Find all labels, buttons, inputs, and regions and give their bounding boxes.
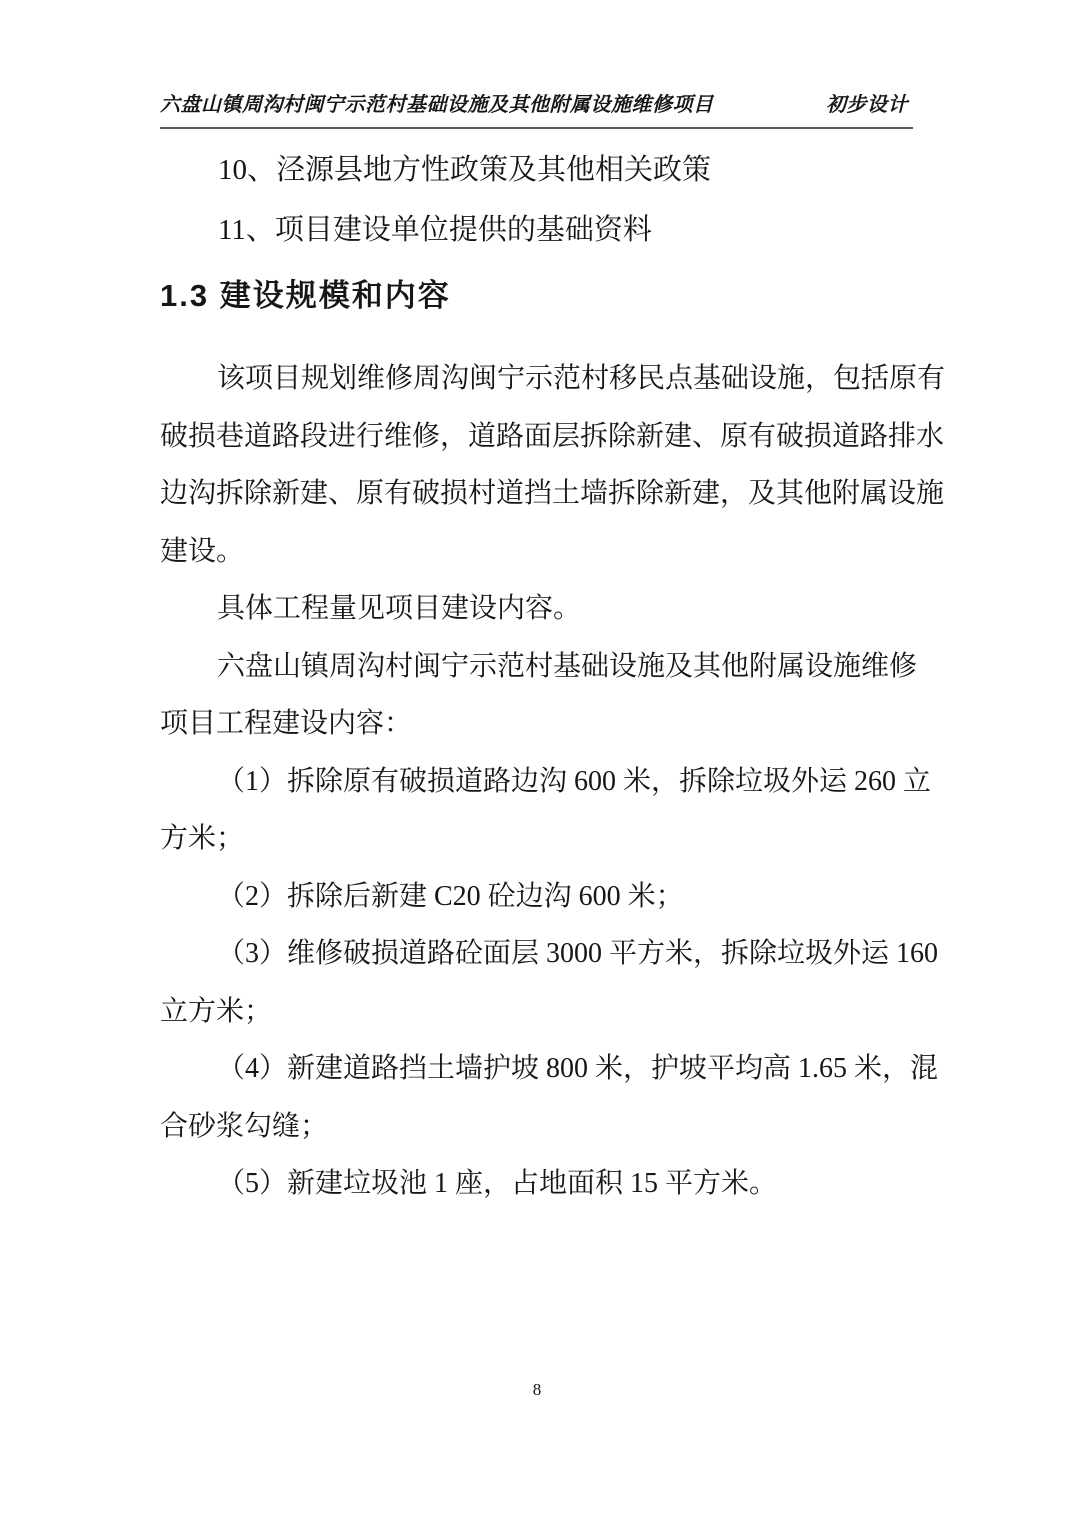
list-item-line: 方米； bbox=[160, 810, 913, 868]
header-project-title: 六盘山镇周沟村闽宁示范村基础设施及其他附属设施维修项目 bbox=[160, 88, 714, 117]
paragraph-line: 具体工程量见项目建设内容。 bbox=[160, 580, 913, 638]
list-item-line: （1）拆除原有破损道路边沟 600 米，拆除垃圾外运 260 立 bbox=[160, 753, 913, 811]
page-number: 8 bbox=[533, 1380, 542, 1399]
list-item-line: （5）新建垃圾池 1 座，占地面积 15 平方米。 bbox=[160, 1155, 913, 1213]
reference-item-11: 11、项目建设单位提供的基础资料 bbox=[160, 200, 913, 260]
page-header: 六盘山镇周沟村闽宁示范村基础设施及其他附属设施维修项目 初步设计 bbox=[160, 88, 908, 117]
reference-item-10: 10、泾源县地方性政策及其他相关政策 bbox=[160, 140, 913, 200]
paragraph-line: 该项目规划维修周沟闽宁示范村移民点基础设施，包括原有 bbox=[160, 350, 913, 408]
section-heading: 1.3 建设规模和内容 bbox=[160, 277, 913, 315]
list-item-line: （4）新建道路挡土墙护坡 800 米，护坡平均高 1.65 米，混 bbox=[160, 1040, 913, 1098]
paragraph-line: 建设。 bbox=[160, 523, 913, 581]
header-doc-type: 初步设计 bbox=[826, 88, 908, 117]
list-item-line: 立方米； bbox=[160, 983, 913, 1041]
paragraph-line: 六盘山镇周沟村闽宁示范村基础设施及其他附属设施维修 bbox=[160, 638, 913, 696]
page-footer: 8 bbox=[0, 1378, 1074, 1402]
paragraph-line: 项目工程建设内容： bbox=[160, 695, 913, 753]
document-page: 六盘山镇周沟村闽宁示范村基础设施及其他附属设施维修项目 初步设计 10、泾源县地… bbox=[0, 0, 1074, 1520]
list-item-line: （2）拆除后新建 C20 砼边沟 600 米； bbox=[160, 868, 913, 926]
paragraph-line: 破损巷道路段进行维修，道路面层拆除新建、原有破损道路排水 bbox=[160, 408, 913, 466]
list-item-line: 合砂浆勾缝； bbox=[160, 1098, 913, 1156]
section-body: 该项目规划维修周沟闽宁示范村移民点基础设施，包括原有 破损巷道路段进行维修，道路… bbox=[160, 350, 913, 1213]
header-divider-line bbox=[160, 127, 913, 129]
list-item-line: （3）维修破损道路砼面层 3000 平方米，拆除垃圾外运 160 bbox=[160, 925, 913, 983]
paragraph-line: 边沟拆除新建、原有破损村道挡土墙拆除新建，及其他附属设施 bbox=[160, 465, 913, 523]
reference-list: 10、泾源县地方性政策及其他相关政策 11、项目建设单位提供的基础资料 bbox=[160, 140, 913, 260]
